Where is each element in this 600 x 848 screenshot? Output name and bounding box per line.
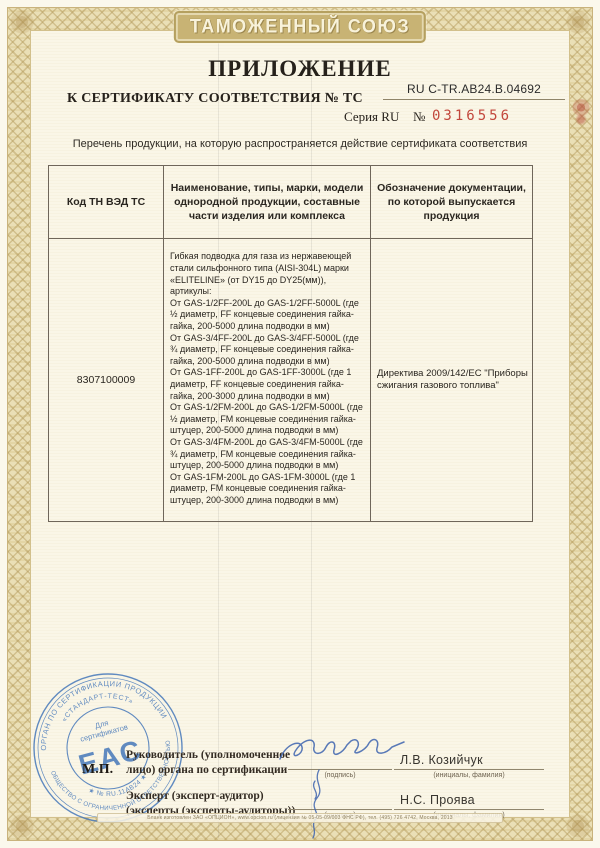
header-code-column: Код ТН ВЭД ТС [49, 166, 164, 239]
expert-signature-handwriting [294, 768, 336, 840]
customs-union-banner: ТАМОЖЕННЫЙ СОЮЗ [174, 11, 426, 43]
series-number: 0316556 [432, 108, 512, 124]
certificate-number: RU C-TR.AB24.B.04692 [383, 82, 565, 100]
blank-print-info: Бланк изготовлен ЗАО «ОПЦИОН», www.opcio… [97, 813, 503, 823]
series-label: Серия RU [344, 109, 399, 125]
stamp-inner-top-text: «СТАНДАРТ-ТЕСТ» [57, 685, 136, 725]
banner-text: ТАМОЖЕННЫЙ СОЮЗ [190, 15, 410, 38]
product-description-cell: Гибкая подводка для газа из нержавеющей … [164, 239, 371, 522]
header-documentation-column: Обозначение документации, по которой вып… [371, 166, 533, 239]
certificate-subtitle: К СЕРТИФИКАТУ СООТВЕТСТВИЯ № ТС [67, 91, 363, 107]
series-no-sign: № [413, 109, 425, 125]
border-corner-ornament [563, 811, 593, 841]
border-corner-ornament [7, 7, 37, 37]
products-table: Код ТН ВЭД ТС Наименование, типы, марки,… [48, 165, 533, 522]
name-line [394, 809, 544, 810]
header-name-column: Наименование, типы, марки, модели одноро… [164, 166, 371, 239]
table-header-row: Код ТН ВЭД ТС Наименование, типы, марки,… [49, 166, 533, 239]
svg-text:«СТАНДАРТ-ТЕСТ»: «СТАНДАРТ-ТЕСТ» [57, 685, 136, 725]
page-title: ПРИЛОЖЕНИЕ [0, 56, 600, 82]
head-signature-handwriting [276, 735, 408, 767]
name-caption: (инициалы, фамилия) [394, 772, 544, 779]
product-code-cell: 8307100009 [49, 239, 164, 522]
border-corner-ornament [563, 7, 593, 37]
table-row: 8307100009 Гибкая подводка для газа из н… [49, 239, 533, 522]
certificate-page: ТАМОЖЕННЫЙ СОЮЗ ПРИЛОЖЕНИЕ К СЕРТИФИКАТУ… [0, 0, 600, 848]
name-line [394, 769, 544, 770]
product-documentation-cell: Директива 2009/142/ЕС "Приборы сжигания … [371, 239, 533, 522]
head-name: Л.В. Козийчук [400, 753, 483, 767]
seal-place-label: М.П. [82, 762, 113, 778]
expert-name: Н.С. Проява [400, 793, 475, 807]
head-role-label: Руководитель (уполномоченное лицо) орган… [126, 748, 298, 778]
red-border-ornament [571, 97, 591, 127]
products-list-caption: Перечень продукции, на которую распростр… [0, 138, 600, 150]
